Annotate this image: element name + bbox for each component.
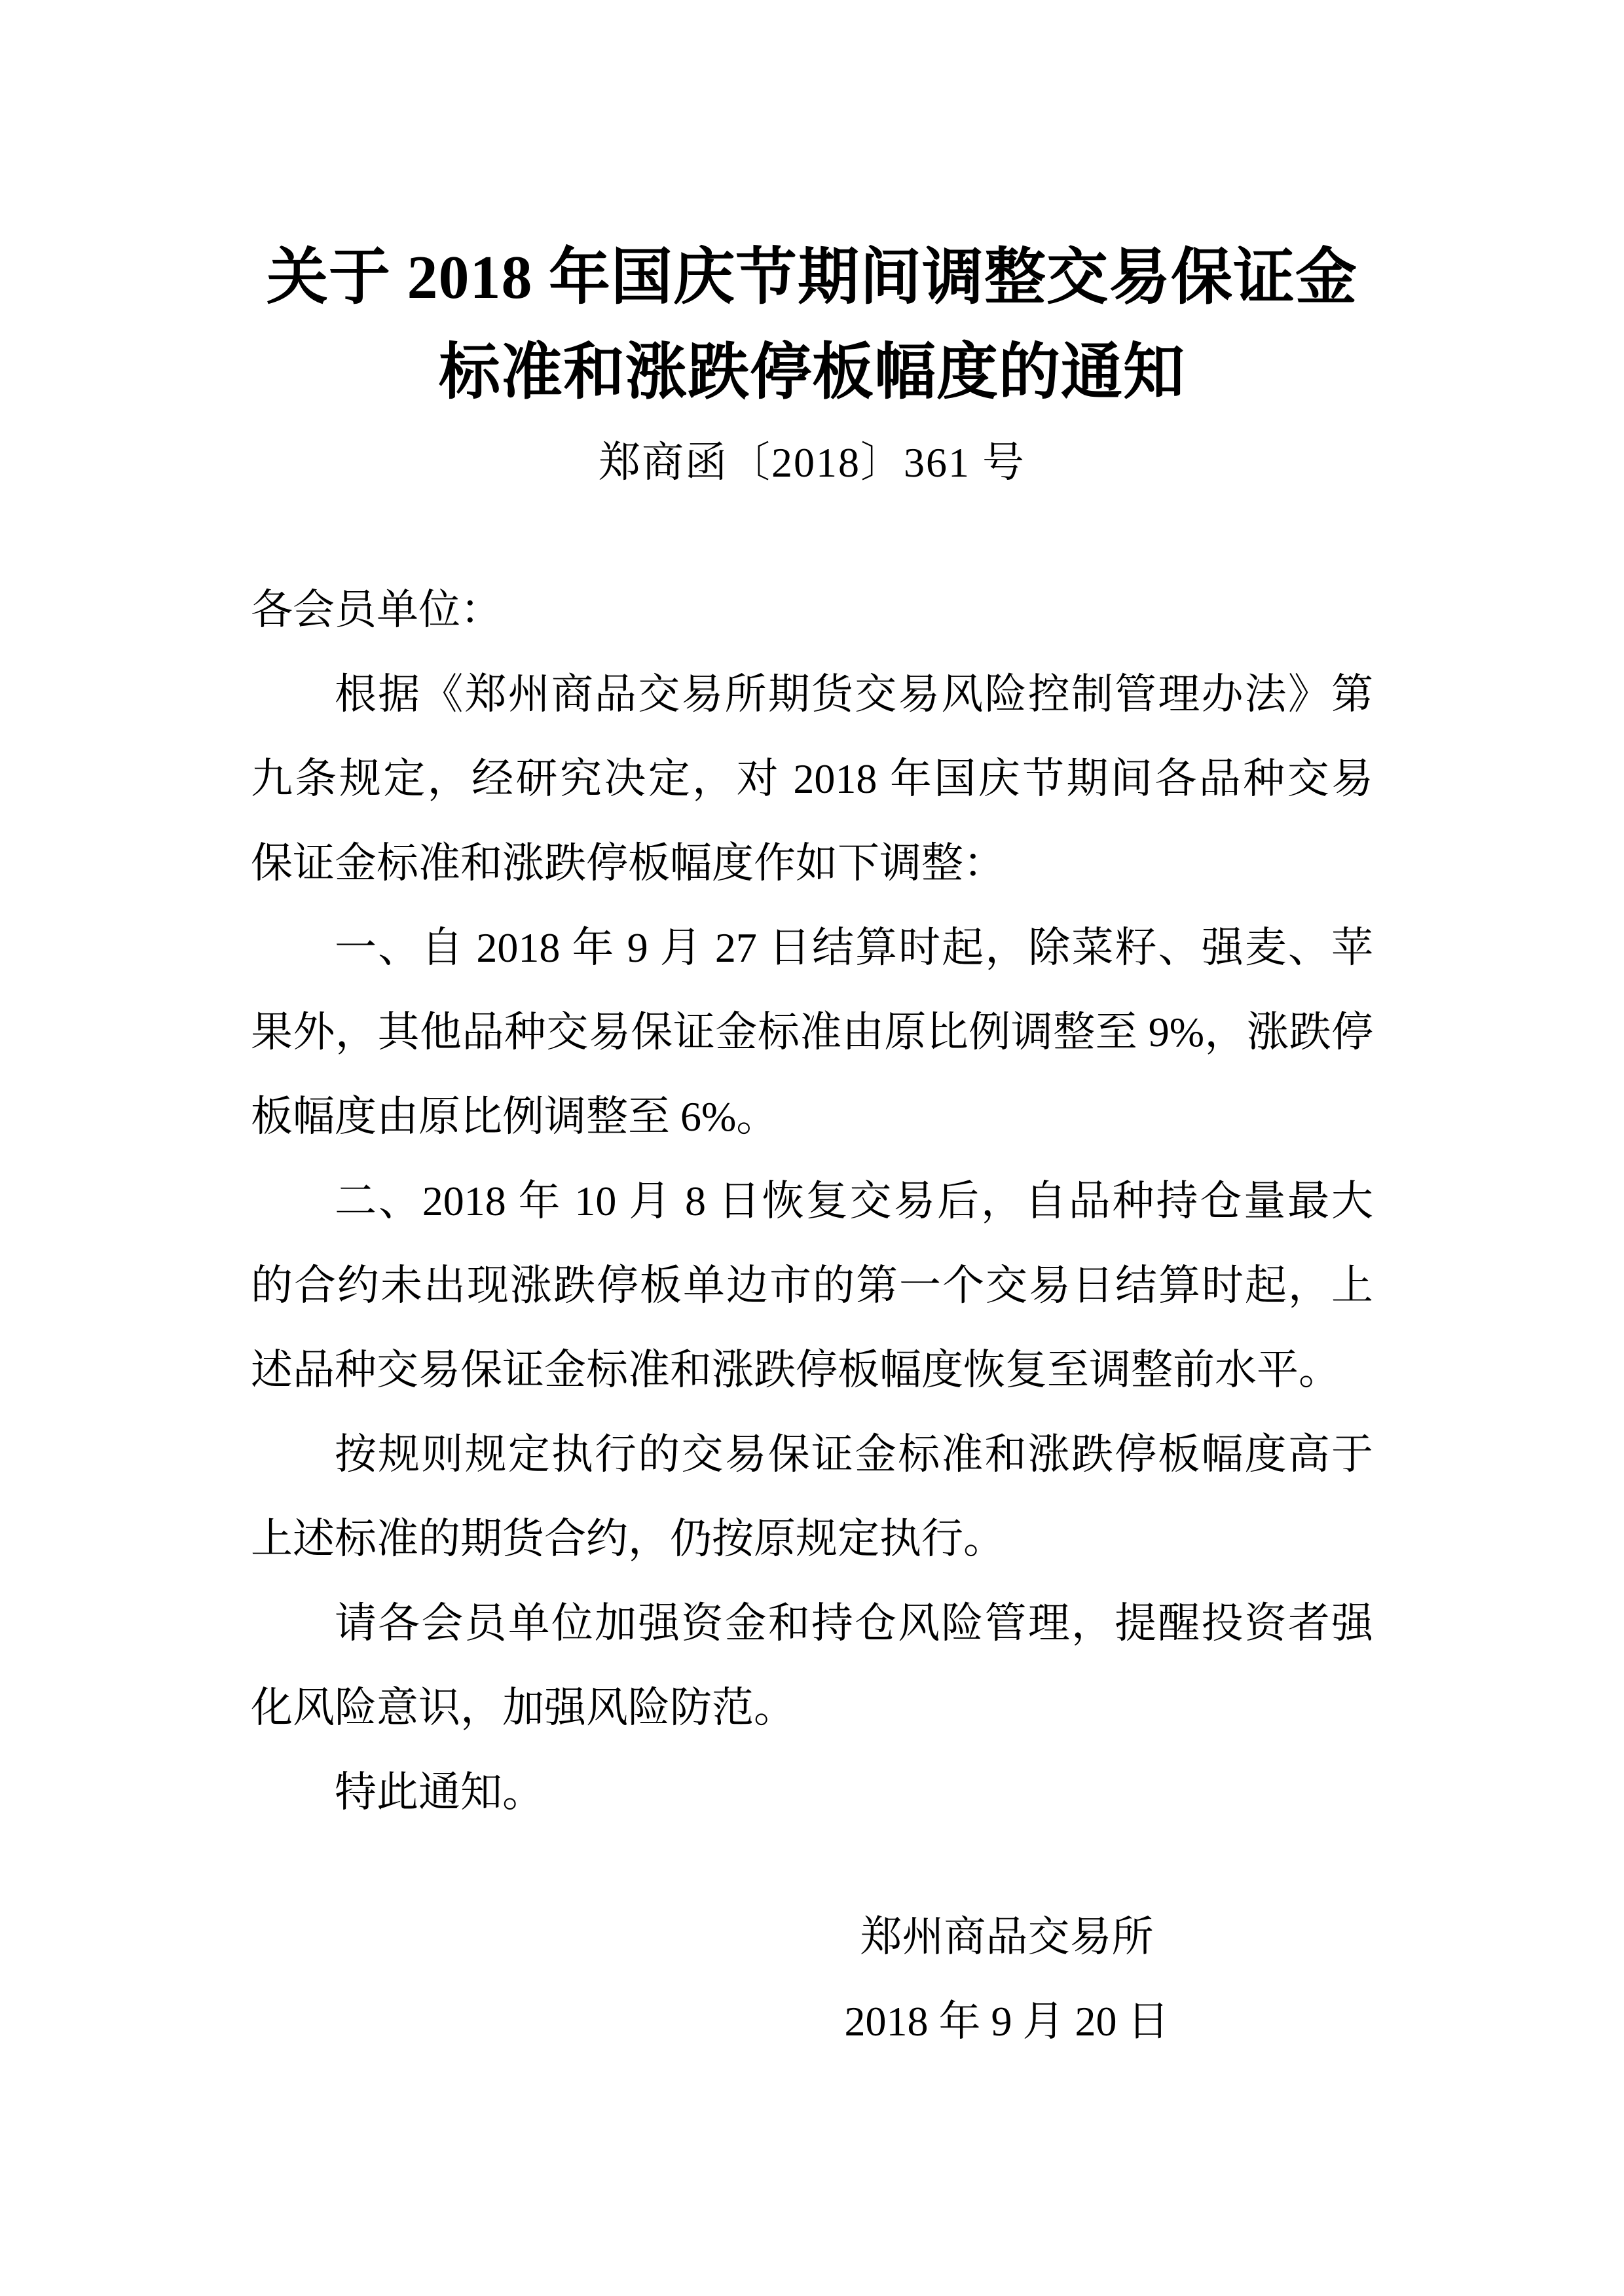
body-line: 按规则规定执行的交易保证金标准和涨跌停板幅度高于 (251, 1412, 1373, 1497)
document-title: 关于 2018 年国庆节期间调整交易保证金 标准和涨跌停板幅度的通知 (0, 230, 1624, 420)
document-title-line-2: 标准和涨跌停板幅度的通知 (0, 325, 1624, 420)
document-body: 各会员单位：根据《郑州商品交易所期货交易风险控制管理办法》第九条规定，经研究决定… (251, 568, 1373, 1834)
signature-date: 2018 年 9 月 20 日 (390, 1979, 1624, 2064)
body-line: 上述标准的期货合约，仍按原规定执行。 (251, 1497, 1373, 1581)
document-number: 郑商函〔2018〕361 号 (0, 433, 1624, 492)
body-line: 化风险意识，加强风险防范。 (251, 1666, 1373, 1750)
document-page: 关于 2018 年国庆节期间调整交易保证金 标准和涨跌停板幅度的通知 郑商函〔2… (0, 0, 1624, 2296)
body-line: 请各会员单位加强资金和持仓风险管理，提醒投资者强 (251, 1581, 1373, 1666)
body-line: 九条规定，经研究决定，对 2018 年国庆节期间各品种交易 (251, 737, 1373, 821)
signature-block: 郑州商品交易所 2018 年 9 月 20 日 (390, 1895, 1624, 2064)
document-title-line-1: 关于 2018 年国庆节期间调整交易保证金 (0, 230, 1624, 325)
body-line: 果外，其他品种交易保证金标准由原比例调整至 9%，涨跌停 (251, 990, 1373, 1074)
body-line: 根据《郑州商品交易所期货交易风险控制管理办法》第 (251, 652, 1373, 737)
body-line: 一、自 2018 年 9 月 27 日结算时起，除菜籽、强麦、苹 (251, 905, 1373, 990)
body-line: 的合约未出现涨跌停板单边市的第一个交易日结算时起，上 (251, 1243, 1373, 1328)
body-line: 特此通知。 (251, 1750, 1373, 1834)
body-line: 述品种交易保证金标准和涨跌停板幅度恢复至调整前水平。 (251, 1328, 1373, 1412)
body-line: 板幅度由原比例调整至 6%。 (251, 1074, 1373, 1159)
body-line: 二、2018 年 10 月 8 日恢复交易后，自品种持仓量最大 (251, 1159, 1373, 1243)
body-line: 各会员单位： (251, 568, 1373, 652)
signature-org: 郑州商品交易所 (390, 1895, 1624, 1979)
body-line: 保证金标准和涨跌停板幅度作如下调整： (251, 821, 1373, 905)
